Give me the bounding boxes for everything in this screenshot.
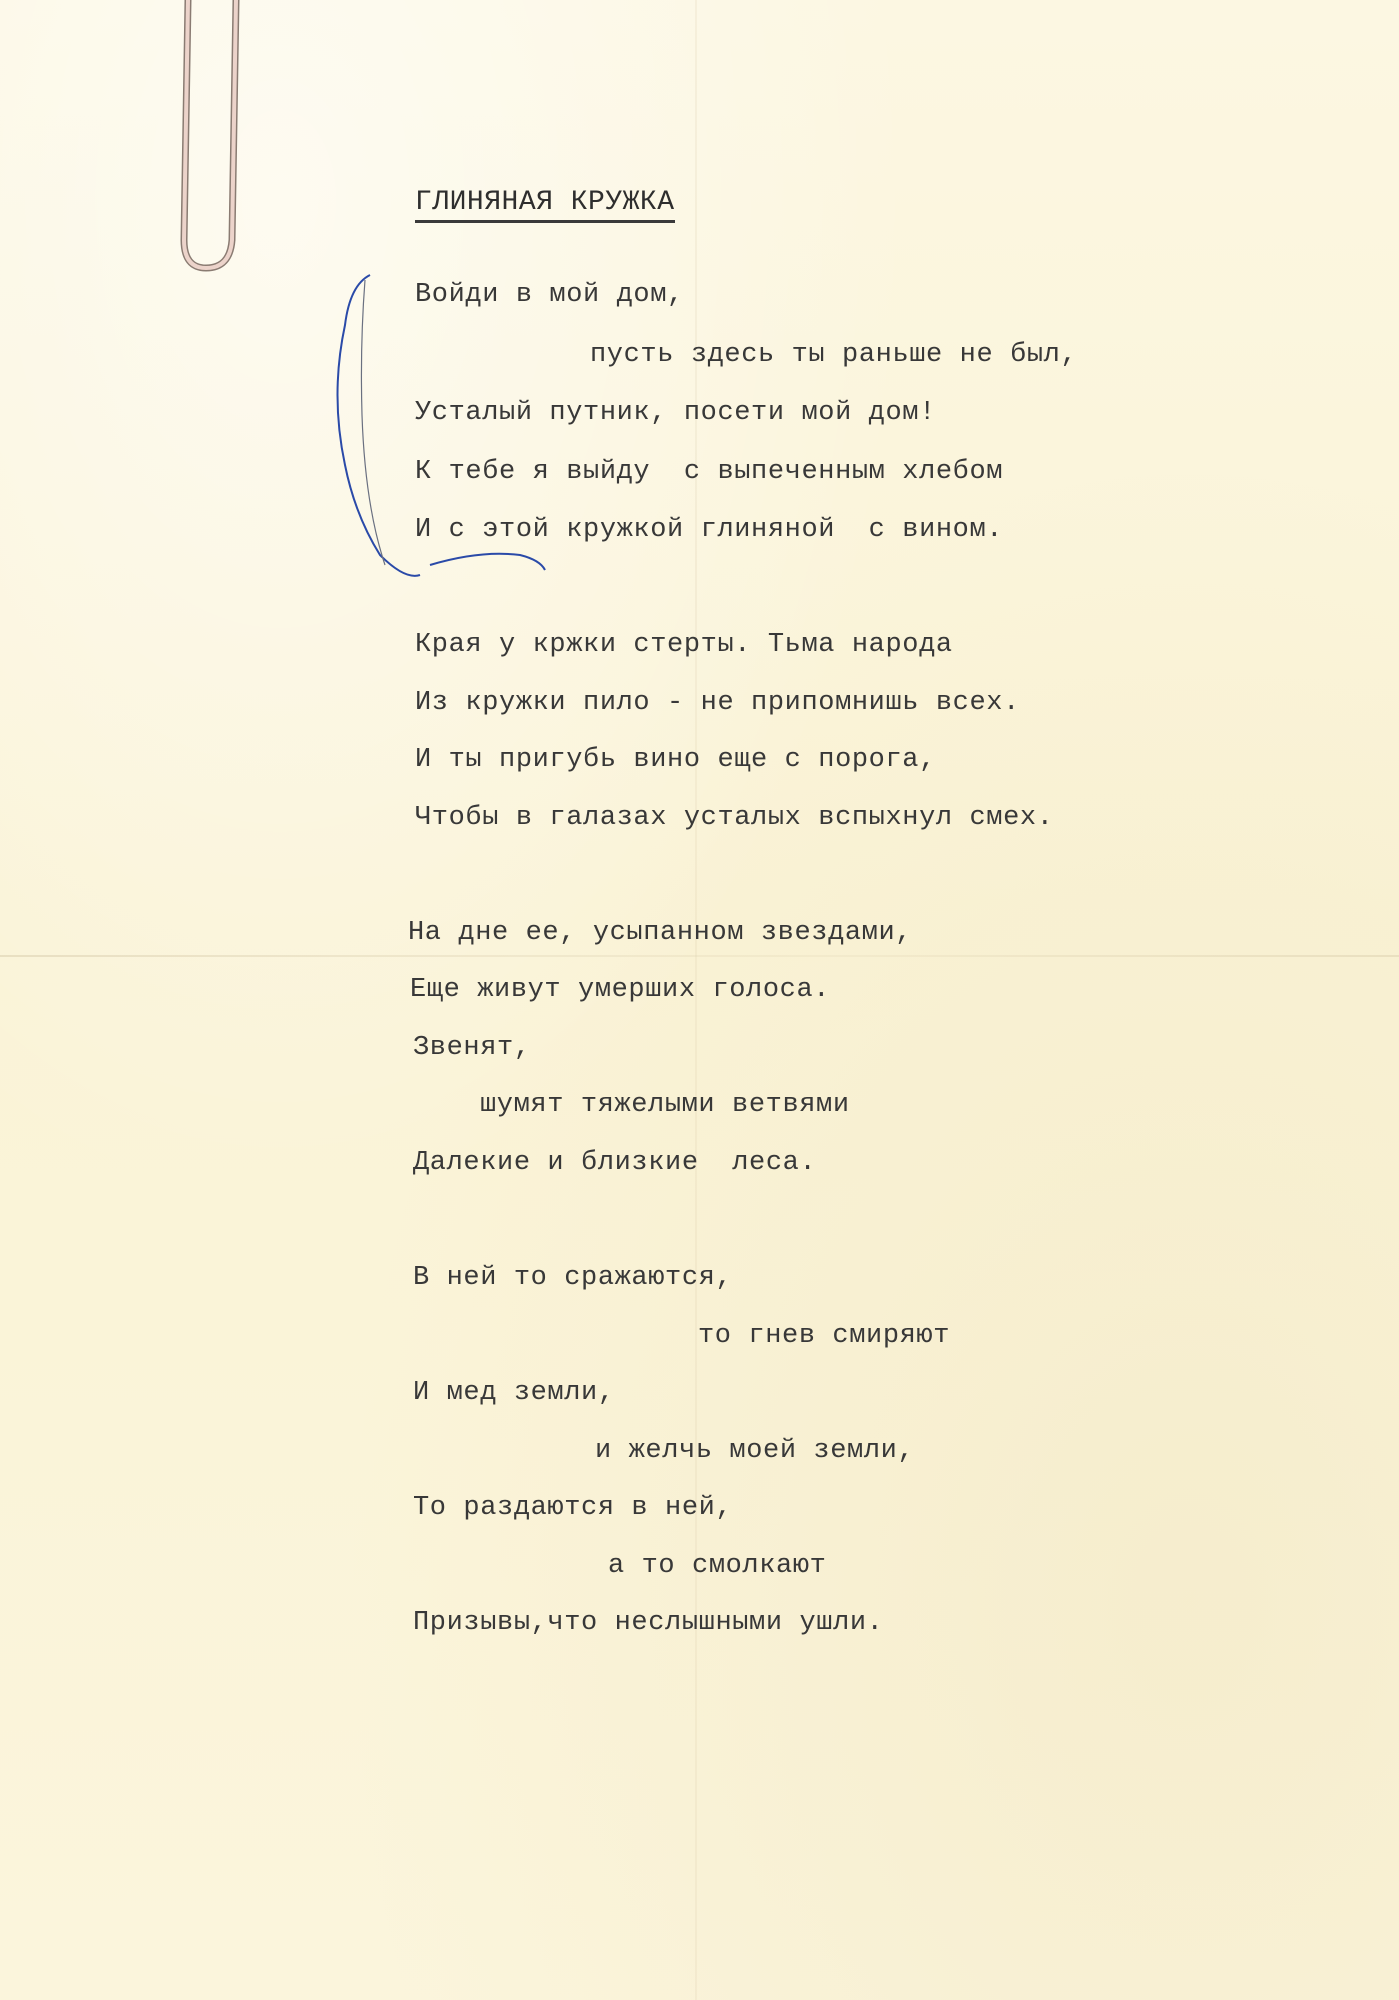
typewritten-page: ГЛИНЯНАЯ КРУЖКА Войди в мой дом, пусть з… (0, 0, 1399, 2000)
poem-line: Звенят, (413, 1033, 531, 1063)
poem-line: Чтобы в галазах усталых вспыхнул смех. (415, 803, 1054, 833)
poem-line: Края у кржки стерты. Тьма народа (415, 630, 953, 660)
poem-line: Усталый путник, посети мой дом! (415, 398, 936, 428)
poem-line: И ты пригубь вино еще с порога, (415, 745, 936, 775)
poem-line: Далекие и близкие леса. (413, 1148, 816, 1178)
poem-line: В ней то сражаются, (413, 1263, 732, 1293)
poem-line: Из кружки пило - не припомнишь всех. (415, 688, 1020, 718)
poem-line: пусть здесь ты раньше не был, (590, 340, 1077, 370)
poem-line: Войди в мой дом, (415, 280, 684, 310)
poem-line: Призывы,что неслышными ушли. (413, 1608, 883, 1638)
poem-line: Еще живут умерших голоса. (410, 975, 830, 1005)
poem-title: ГЛИНЯНАЯ КРУЖКА (415, 187, 675, 223)
poem-line: а то смолкают (608, 1551, 826, 1581)
poem-line: И мед земли, (413, 1378, 615, 1408)
poem-line: и желчь моей земли, (595, 1436, 914, 1466)
poem-line: К тебе я выйду с выпеченным хлебом (415, 457, 1003, 487)
poem-line: шумят тяжелыми ветвями (480, 1090, 850, 1120)
poem-line: На дне ее, усыпанном звездами, (408, 918, 912, 948)
poem-line: И с этой кружкой глиняной с вином. (415, 515, 1003, 545)
poem-line: То раздаются в ней, (413, 1493, 732, 1523)
poem-line: то гнев смиряют (698, 1321, 950, 1351)
